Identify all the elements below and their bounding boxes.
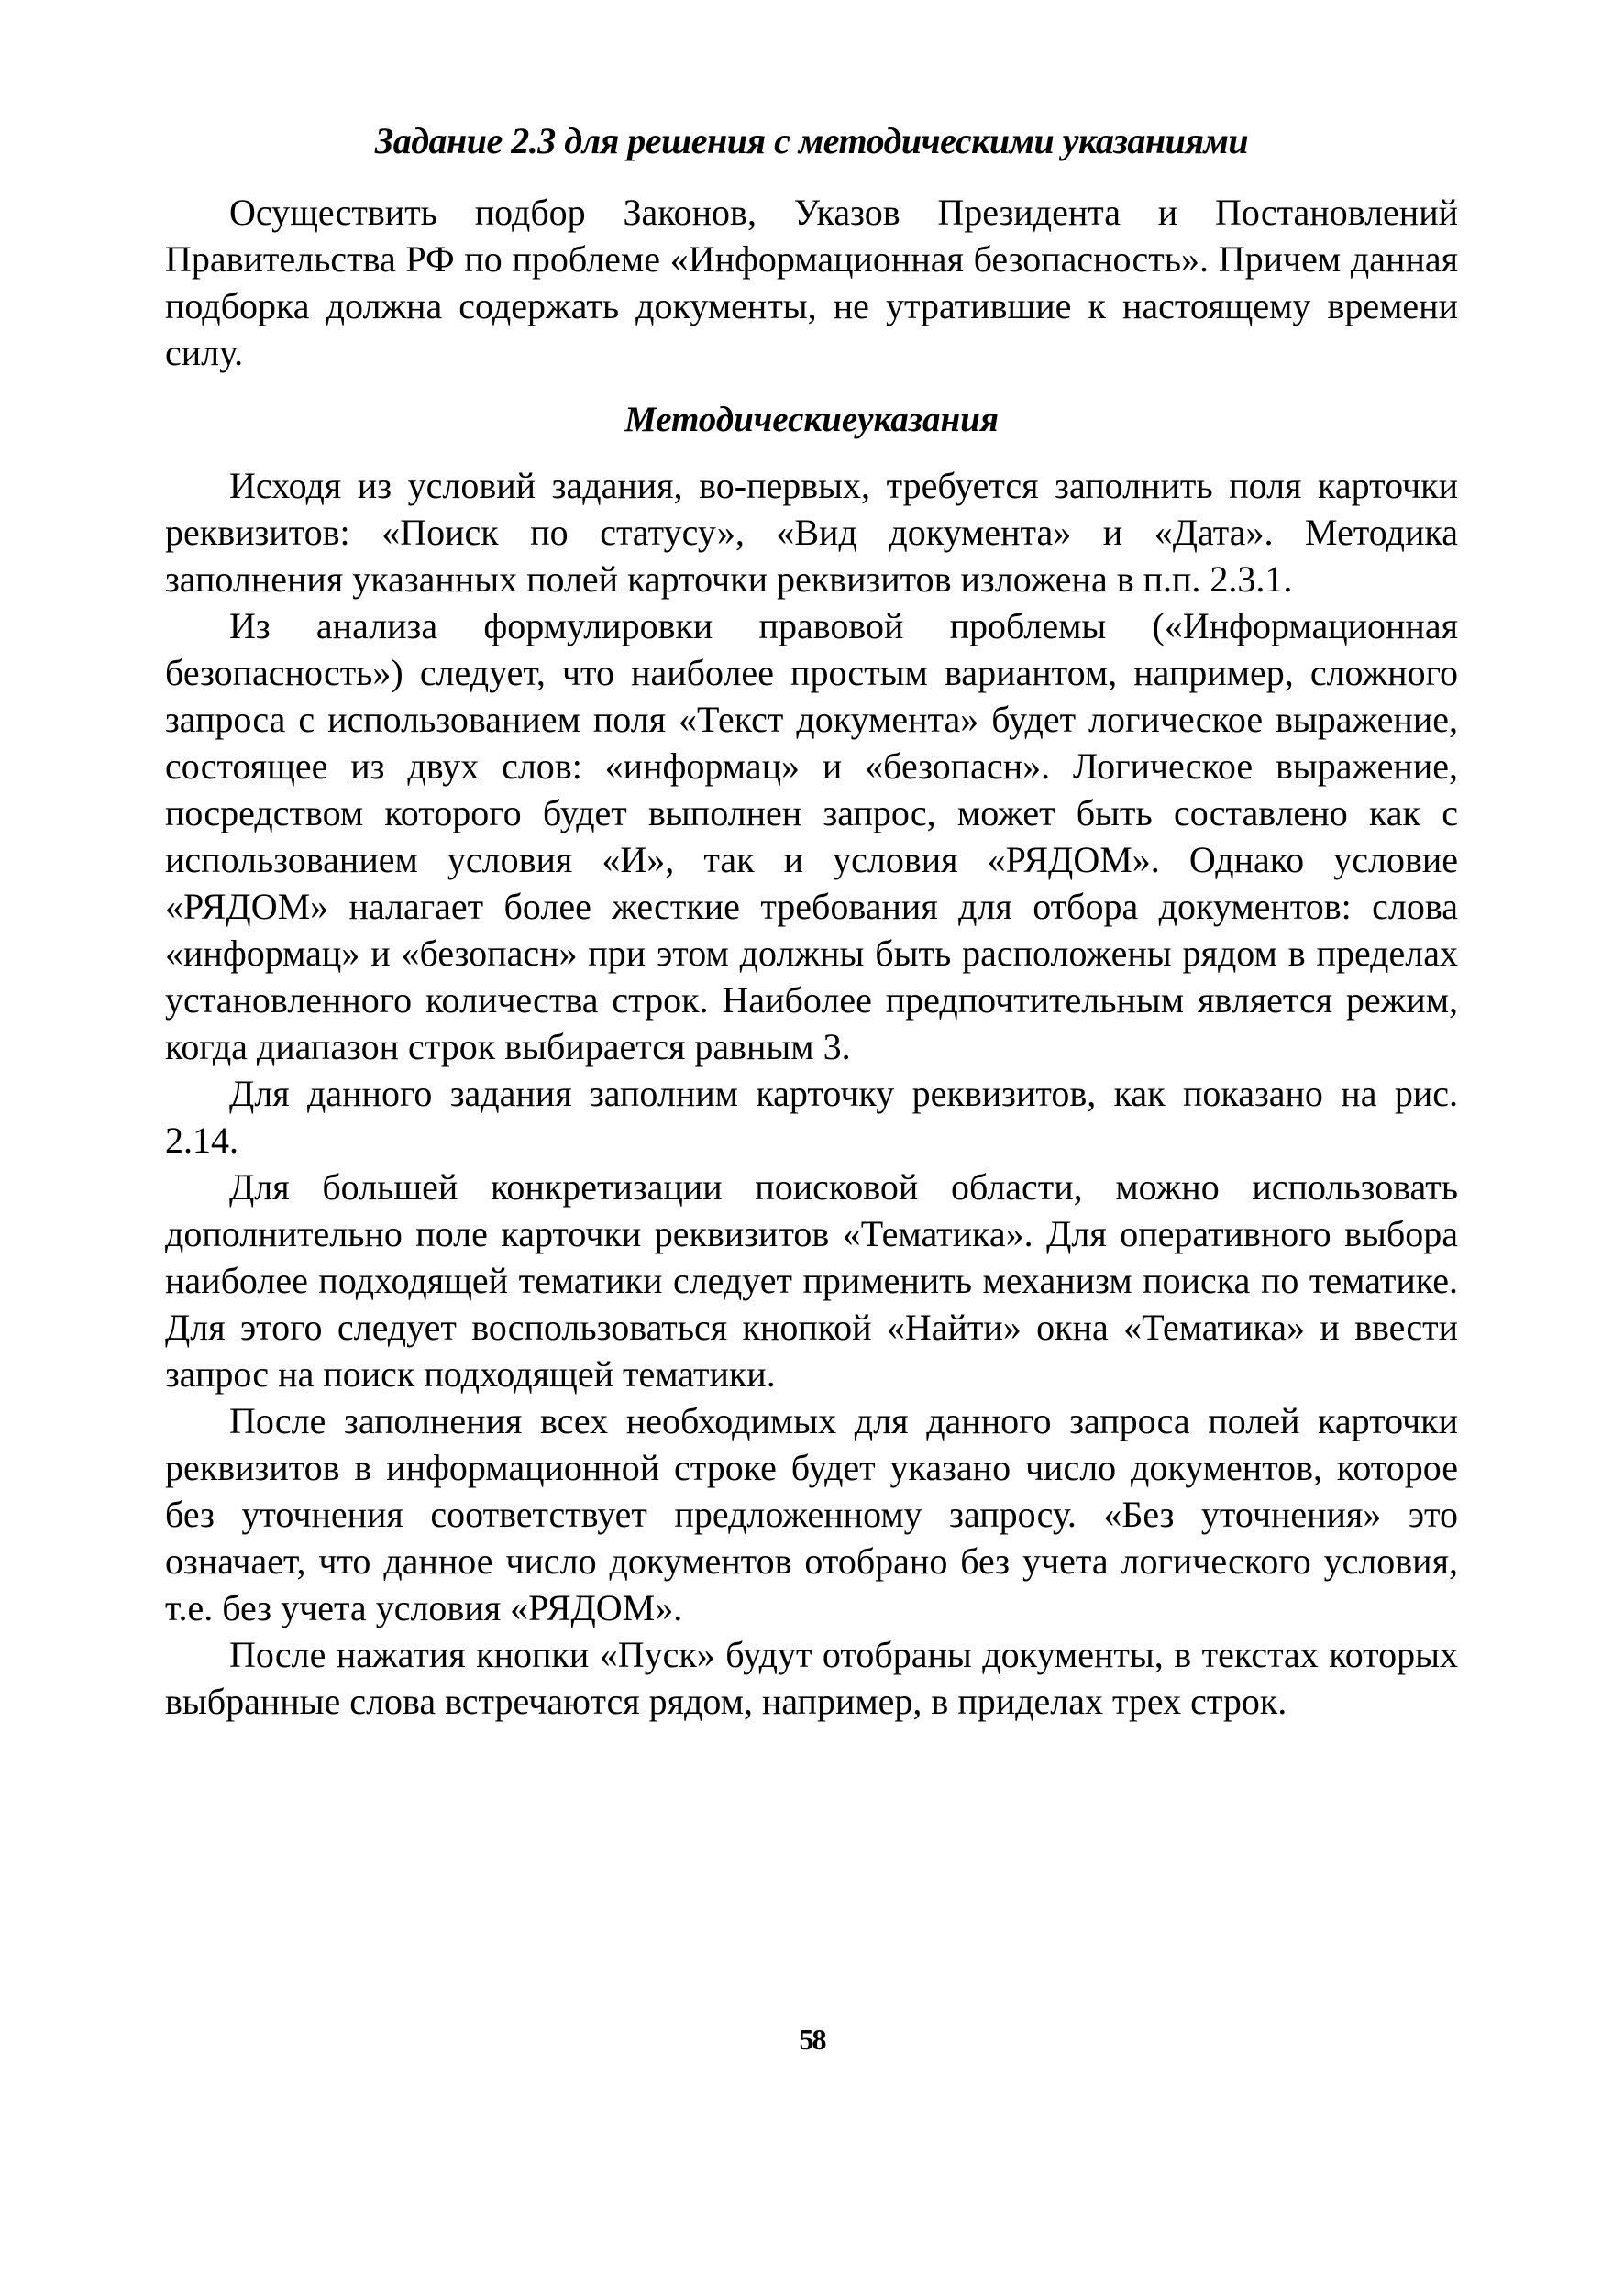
body-paragraph-1: Исходя из условий задания, во-первых, тр… xyxy=(165,462,1458,602)
document-page: Задание 2.3 для решения с методическими … xyxy=(165,117,1458,1725)
task-paragraph: Осуществить подбор Законов, Указов Прези… xyxy=(165,189,1458,376)
body-paragraph-5: После заполнения всех необходимых для да… xyxy=(165,1397,1458,1631)
task-title: Задание 2.3 для решения с методическими … xyxy=(165,117,1458,165)
body-paragraph-3: Для данного задания заполним карточку ре… xyxy=(165,1070,1458,1164)
body-paragraph-6: После нажатия кнопки «Пуск» будут отобра… xyxy=(165,1631,1458,1725)
section-subtitle: Методическиеуказания xyxy=(165,396,1458,444)
page-number: 58 xyxy=(0,2023,1624,2056)
body-paragraph-4: Для большей конкретизации поисковой обла… xyxy=(165,1164,1458,1397)
body-paragraph-2: Из анализа формулировки правовой проблем… xyxy=(165,602,1458,1070)
